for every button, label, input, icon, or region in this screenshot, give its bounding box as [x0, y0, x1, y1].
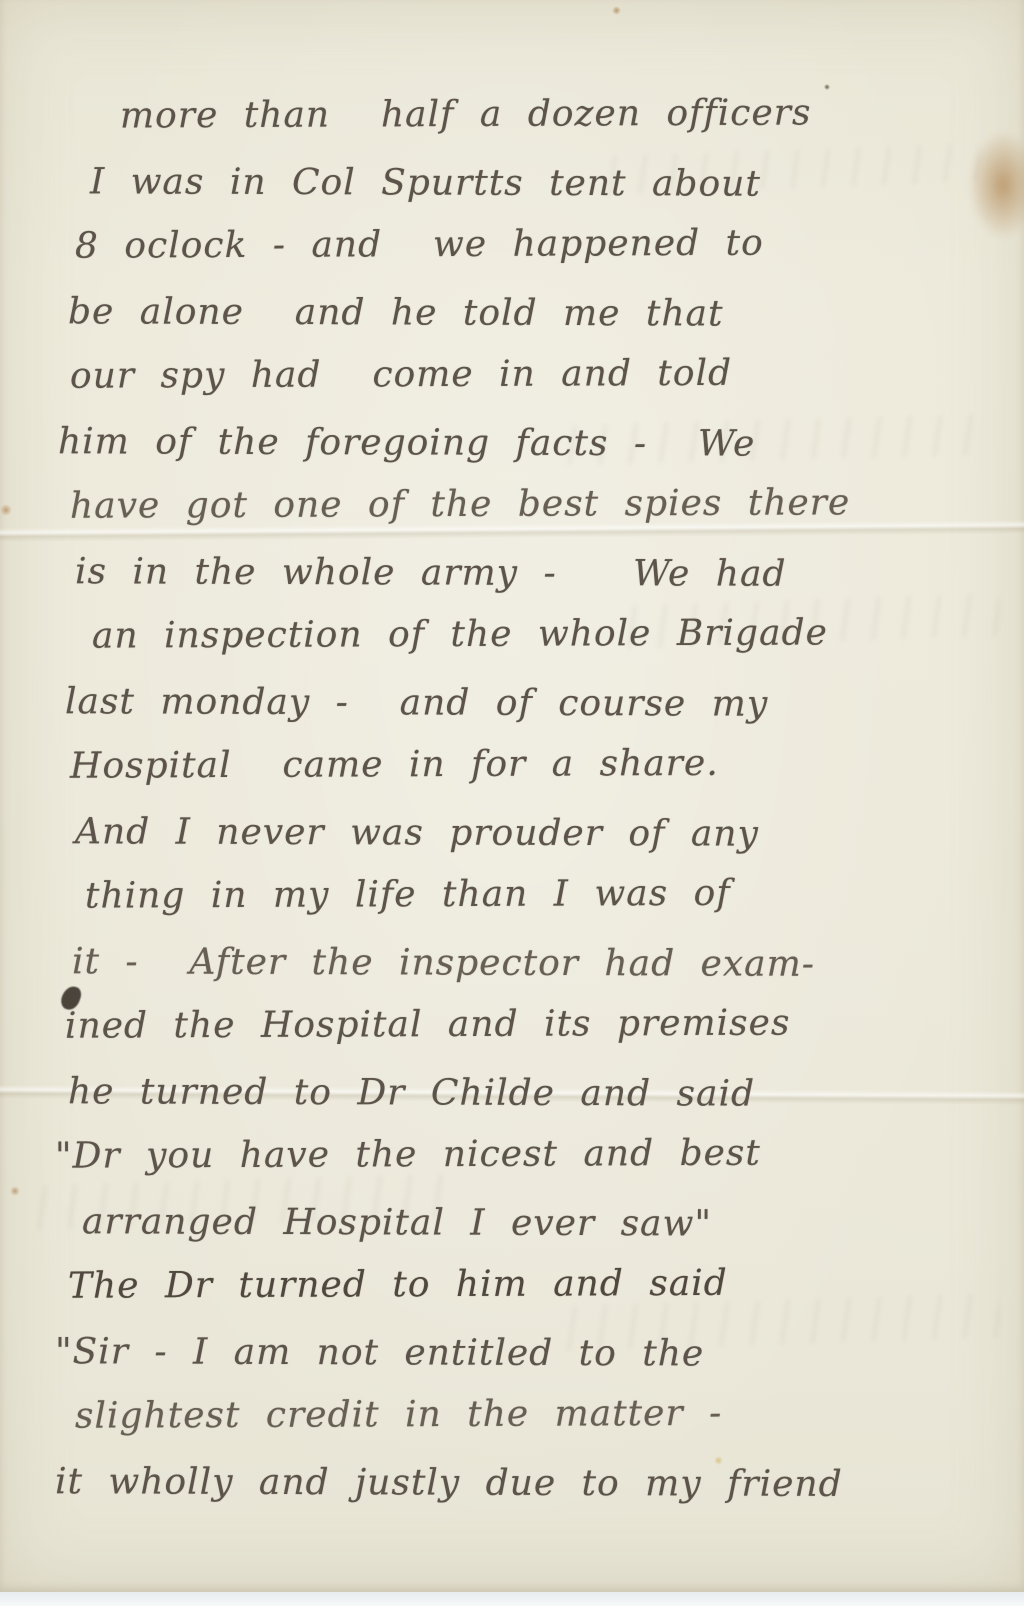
handwriting-block: more than half a dozen officers I was in… — [0, 84, 1024, 1514]
handwriting-line: last monday - and of course my — [0, 669, 1024, 738]
handwriting-line: he turned to Dr Childe and said — [0, 1059, 1024, 1128]
handwriting-line: more than half a dozen officers — [0, 80, 1024, 149]
handwriting-line: it wholly and justly due to my friend — [0, 1449, 1024, 1518]
handwriting-line: arranged Hospital I ever saw" — [0, 1189, 1024, 1258]
handwriting-line: ined the Hospital and its premises — [0, 990, 1024, 1059]
foxing-spot — [612, 6, 621, 15]
handwriting-line: slightest credit in the matter - — [0, 1380, 1024, 1449]
handwriting-line: And I never was prouder of any — [0, 799, 1024, 868]
handwriting-line: an inspection of the whole Brigade — [0, 600, 1024, 669]
handwriting-line: have got one of the best spies there — [0, 470, 1024, 539]
handwriting-line: I was in Col Spurtts tent about — [0, 149, 1024, 218]
letter-page: more than half a dozen officers I was in… — [0, 0, 1024, 1592]
handwriting-line: 8 oclock - and we happened to — [0, 210, 1024, 279]
handwriting-line: The Dr turned to him and said — [0, 1250, 1024, 1319]
handwriting-line: "Sir - I am not entitled to the — [0, 1319, 1024, 1388]
handwriting-line: be alone and he told me that — [0, 279, 1024, 348]
handwriting-line: Hospital came in for a share. — [0, 730, 1024, 799]
handwriting-line: it - After the inspector had exam- — [0, 929, 1024, 998]
handwriting-line: is in the whole army - We had — [0, 539, 1024, 608]
handwriting-line: our spy had come in and told — [0, 340, 1024, 409]
handwriting-line: him of the foregoing facts - We — [0, 409, 1024, 478]
handwriting-line: thing in my life than I was of — [0, 860, 1024, 929]
handwriting-line: "Dr you have the nicest and best — [0, 1120, 1024, 1189]
scan-background-strip — [0, 1592, 1024, 1606]
